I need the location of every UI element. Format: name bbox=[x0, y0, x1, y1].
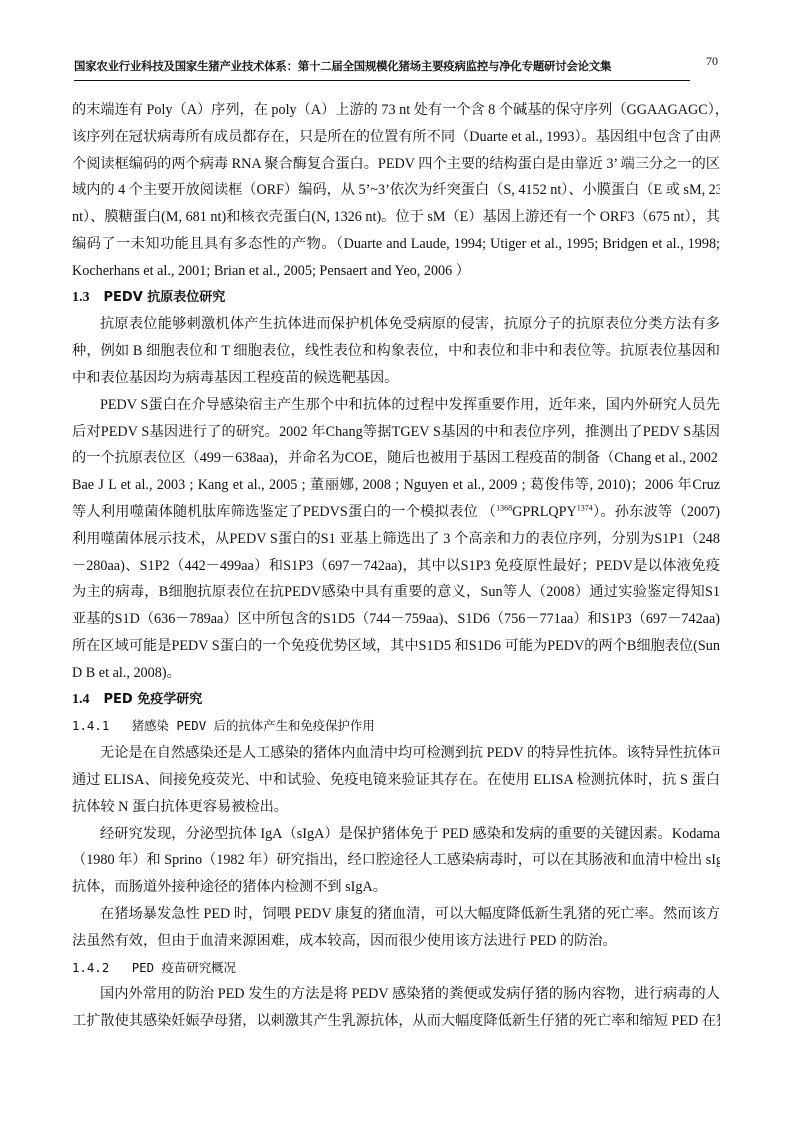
superscript: 1374 bbox=[577, 503, 593, 512]
text-line: 为主的病毒，B细胞抗原表位在抗PEDV感染中具有重要的意义，Sun等人（2008… bbox=[72, 579, 720, 606]
subsection-number: 1.4.1 bbox=[72, 718, 109, 733]
subsection-title: 猪感染 PEDV 后的抗体产生和免疫保护作用 bbox=[132, 718, 375, 733]
text-line: 工扩散使其感染妊娠孕母猪，以刺激其产生乳源抗体，从而大幅度降低新生仔猪的死亡率和… bbox=[72, 1008, 720, 1035]
paragraph: 经研究发现，分泌型抗体 IgA（sIgA）是保护猪体免于 PED 感染和发病的重… bbox=[72, 821, 720, 901]
text-line: 种，例如 B 细胞表位和 T 细胞表位，线性表位和构象表位，中和表位和非中和表位… bbox=[72, 338, 720, 365]
paragraph: 在猪场暴发急性 PED 时，饲喂 PEDV 康复的猪血清，可以大幅度降低新生乳猪… bbox=[72, 901, 720, 955]
section-title: PED 免疫学研究 bbox=[104, 692, 203, 707]
text-line: 无论是在自然感染还是人工感染的猪体内血清中均可检测到抗 PEDV 的特异性抗体。… bbox=[72, 740, 720, 767]
text-line: 经研究发现，分泌型抗体 IgA（sIgA）是保护猪体免于 PED 感染和发病的重… bbox=[72, 821, 720, 848]
text-line: D B et al., 2008)。 bbox=[72, 660, 720, 687]
text-line: －280aa)、S1P2（442－499aa）和S1P3（697－742aa)，… bbox=[72, 553, 720, 580]
text-line: 抗原表位能够刺激机体产生抗体进而保护机体免受病原的侵害，抗原分子的抗原表位分类方… bbox=[72, 311, 720, 338]
text-line: 的一个抗原表位区（499－638aa)，并命名为COE，随后也被用于基因工程疫苗… bbox=[72, 445, 720, 472]
text-line: 抗体较 N 蛋白抗体更容易被检出。 bbox=[72, 794, 720, 821]
section-heading-1-3: 1.3PEDV 抗原表位研究 bbox=[72, 285, 720, 312]
superscript: 1368 bbox=[496, 503, 512, 512]
text-line: 利用噬菌体展示技术，从PEDV S蛋白的S1 亚基上筛选出了 3 个高亲和力的表… bbox=[72, 526, 720, 553]
text-line: 个阅读框编码的两个病毒 RNA 聚合酶复合蛋白。PEDV 四个主要的结构蛋白是由… bbox=[72, 151, 720, 178]
subsection-number: 1.4.2 bbox=[72, 960, 109, 975]
text-line-with-superscript: 等人利用噬菌体随机肽库筛选鉴定了PEDVS蛋白的一个模拟表位 （1368GPRL… bbox=[72, 499, 720, 526]
section-title: PEDV 抗原表位研究 bbox=[104, 290, 226, 305]
subsection-heading-1-4-2: 1.4.2 PED 疫苗研究概况 bbox=[72, 955, 720, 982]
section-number: 1.4 bbox=[72, 692, 90, 707]
text-line: 的末端连有 Poly（A）序列，在 poly（A）上游的 73 nt 处有一个含… bbox=[72, 97, 720, 124]
text-line: 通过 ELISA、间接免疫荧光、中和试验、免疫电镜来验证其存在。在使用 ELIS… bbox=[72, 767, 720, 794]
text-line: 所在区域可能是PEDV S蛋白的一个免疫优势区域，其中S1D5 和S1D6 可能… bbox=[72, 633, 720, 660]
header-rule bbox=[74, 80, 690, 81]
section-number: 1.3 bbox=[72, 290, 90, 305]
text-line: Kocherhans et al., 2001; Brian et al., 2… bbox=[72, 258, 720, 285]
text-line: 在猪场暴发急性 PED 时，饲喂 PEDV 康复的猪血清，可以大幅度降低新生乳猪… bbox=[72, 901, 720, 928]
text-line: 编码了一未知功能且具有多态性的产物。（Duarte and Laude, 199… bbox=[72, 231, 720, 258]
page-body: 的末端连有 Poly（A）序列，在 poly（A）上游的 73 nt 处有一个含… bbox=[72, 97, 720, 1035]
paragraph: 无论是在自然感染还是人工感染的猪体内血清中均可检测到抗 PEDV 的特异性抗体。… bbox=[72, 740, 720, 820]
text-segment: ）。孙东波等（2007) bbox=[593, 504, 720, 520]
paragraph: 国内外常用的防治 PED 发生的方法是将 PEDV 感染猪的粪便或发病仔猪的肠内… bbox=[72, 981, 720, 1035]
text-line: 后对PEDV S基因进行了的研究。2002 年Chang等据TGEV S基因的中… bbox=[72, 419, 720, 446]
continued-paragraph: 的末端连有 Poly（A）序列，在 poly（A）上游的 73 nt 处有一个含… bbox=[72, 97, 720, 285]
text-line: （1980 年）和 Sprino（1982 年）研究指出，经口腔途径人工感染病毒… bbox=[72, 847, 720, 874]
text-line: Bae J L et al., 2003 ; Kang et al., 2005… bbox=[72, 472, 720, 499]
text-line: 该序列在冠状病毒所有成员都存在，只是所在的位置有所不同（Duarte et al… bbox=[72, 124, 720, 151]
epitope-sequence: GPRLQPY bbox=[512, 504, 577, 520]
text-line: 法虽然有效，但由于血清来源困难，成本较高，因而很少使用该方法进行 PED 的防治… bbox=[72, 928, 720, 955]
text-line: 国内外常用的防治 PED 发生的方法是将 PEDV 感染猪的粪便或发病仔猪的肠内… bbox=[72, 981, 720, 1008]
text-line: nt）、膜糖蛋白(M, 681 nt)和核衣壳蛋白(N, 1326 nt)。位于… bbox=[72, 204, 720, 231]
page-number: 70 bbox=[706, 54, 718, 69]
text-segment: 等人利用噬菌体随机肽库筛选鉴定了PEDVS蛋白的一个模拟表位 （ bbox=[72, 504, 496, 520]
text-line: 中和表位基因均为病毒基因工程疫苗的候选靶基因。 bbox=[72, 365, 720, 392]
paragraph: 抗原表位能够刺激机体产生抗体进而保护机体免受病原的侵害，抗原分子的抗原表位分类方… bbox=[72, 311, 720, 391]
paragraph: PEDV S蛋白在介导感染宿主产生那个中和抗体的过程中发挥重要作用，近年来，国内… bbox=[72, 392, 720, 687]
text-line: 域内的 4 个主要开放阅读框（ORF）编码，从 5’~3’依次为纤突蛋白（S, … bbox=[72, 177, 720, 204]
proceedings-title: 国家农业行业科技及国家生猪产业技术体系：第十二届全国规模化猪场主要疫病监控与净化… bbox=[74, 58, 611, 74]
running-header: 国家农业行业科技及国家生猪产业技术体系：第十二届全国规模化猪场主要疫病监控与净化… bbox=[74, 58, 716, 80]
section-heading-1-4: 1.4PED 免疫学研究 bbox=[72, 687, 720, 714]
text-line: PEDV S蛋白在介导感染宿主产生那个中和抗体的过程中发挥重要作用，近年来，国内… bbox=[72, 392, 720, 419]
subsection-title: PED 疫苗研究概况 bbox=[132, 960, 236, 975]
text-line: 亚基的S1D（636－789aa）区中所包含的S1D5（744－759aa)、S… bbox=[72, 606, 720, 633]
subsection-heading-1-4-1: 1.4.1 猪感染 PEDV 后的抗体产生和免疫保护作用 bbox=[72, 713, 720, 740]
text-line: 抗体，而肠道外接种途径的猪体内检测不到 sIgA。 bbox=[72, 874, 720, 901]
